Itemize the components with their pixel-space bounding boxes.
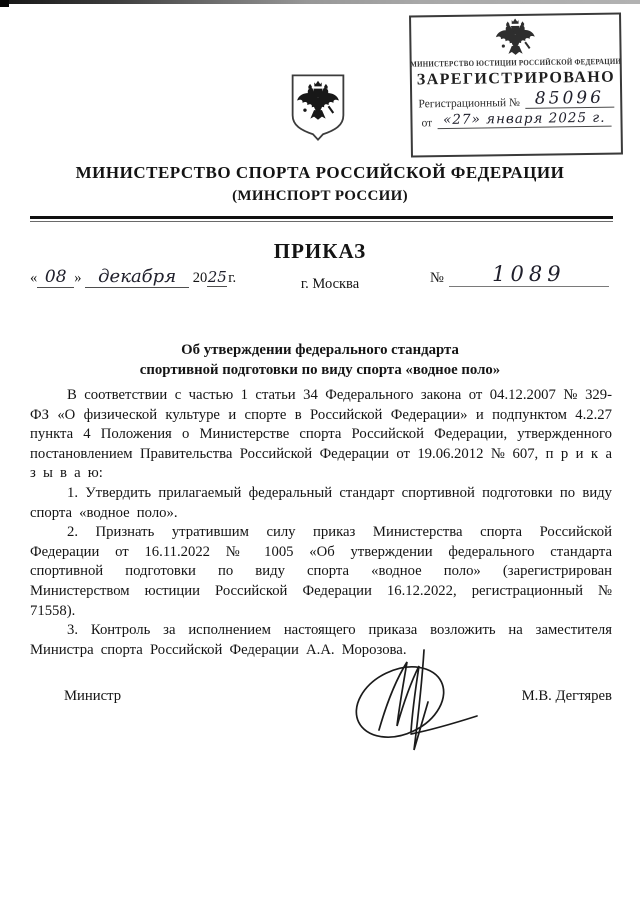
- number-sign: №: [430, 269, 444, 287]
- body-paragraph-item2: 2. Признать утратившим силу приказ Минис…: [30, 523, 612, 621]
- signature-icon: [345, 640, 495, 765]
- body-paragraph-item3: 3. Контроль за исполнением настоящего пр…: [30, 621, 612, 660]
- stamp-reg-number-row: Регистрационный № 85096: [418, 89, 614, 111]
- order-number-field: № 1089: [430, 262, 609, 287]
- stamp-agency-name: МИНИСТЕРСТВО ЮСТИЦИИ РОССИЙСКОЙ ФЕДЕРАЦИ…: [410, 57, 621, 69]
- stamp-registered-label: ЗАРЕГИСТРИРОВАНО: [417, 69, 615, 90]
- order-date-day: 08: [37, 268, 74, 288]
- russia-coat-of-arms-icon: [289, 72, 347, 149]
- order-subject-line2: спортивной подготовки по виду спорта «во…: [0, 361, 640, 381]
- ministry-name: МИНИСТЕРСТВО СПОРТА РОССИЙСКОЙ ФЕДЕРАЦИИ: [0, 163, 640, 183]
- stamp-reg-number-value: 85096: [525, 89, 614, 109]
- order-subject-line1: Об утверждении федерального стандарта: [0, 341, 640, 361]
- stamp-date-label: от: [421, 117, 432, 129]
- order-body: В соответствии с частью 1 статьи 34 Феде…: [30, 386, 612, 660]
- signer-position-label: Министр: [64, 688, 121, 705]
- header-divider-line: [30, 216, 613, 222]
- ministry-short-name: (МИНСПОРТ РОССИИ): [0, 188, 640, 205]
- order-date-field: «08» декабря 2025г.: [30, 267, 236, 288]
- stamp-date-row: от «27» января 2025 г.: [421, 110, 611, 130]
- scan-artifact-top-edge: [0, 0, 640, 4]
- justice-registration-stamp: МИНИСТЕРСТВО ЮСТИЦИИ РОССИЙСКОЙ ФЕДЕРАЦИ…: [409, 13, 623, 158]
- order-number-value: 1089: [492, 262, 565, 286]
- order-date-suffix: г.: [228, 270, 236, 286]
- stamp-date-value: «27» января 2025 г.: [437, 110, 612, 129]
- document-type-title: ПРИКАЗ: [0, 239, 640, 264]
- scan-artifact-corner: [0, 0, 9, 7]
- order-date-month: декабря: [85, 267, 189, 288]
- stamp-reg-number-label: Регистрационный №: [418, 97, 520, 110]
- stamp-coat-of-arms-icon: [493, 18, 538, 59]
- signer-name: М.В. Дегтярев: [522, 688, 612, 705]
- city-label: г. Москва: [270, 276, 390, 293]
- scanned-order-document: МИНИСТЕРСТВО ЮСТИЦИИ РОССИЙСКОЙ ФЕДЕРАЦИ…: [0, 0, 640, 905]
- order-date-century: 20: [193, 270, 208, 286]
- date-close-quote: »: [74, 270, 81, 286]
- order-subject: Об утверждении федерального стандарта сп…: [0, 341, 640, 380]
- date-open-quote: «: [30, 270, 37, 286]
- order-number-line: 1089: [449, 262, 609, 287]
- order-date-year: 25: [207, 269, 227, 287]
- body-paragraph-item1: 1. Утвердить прилагаемый федеральный ста…: [30, 484, 612, 523]
- body-paragraph-preamble: В соответствии с частью 1 статьи 34 Феде…: [30, 386, 612, 484]
